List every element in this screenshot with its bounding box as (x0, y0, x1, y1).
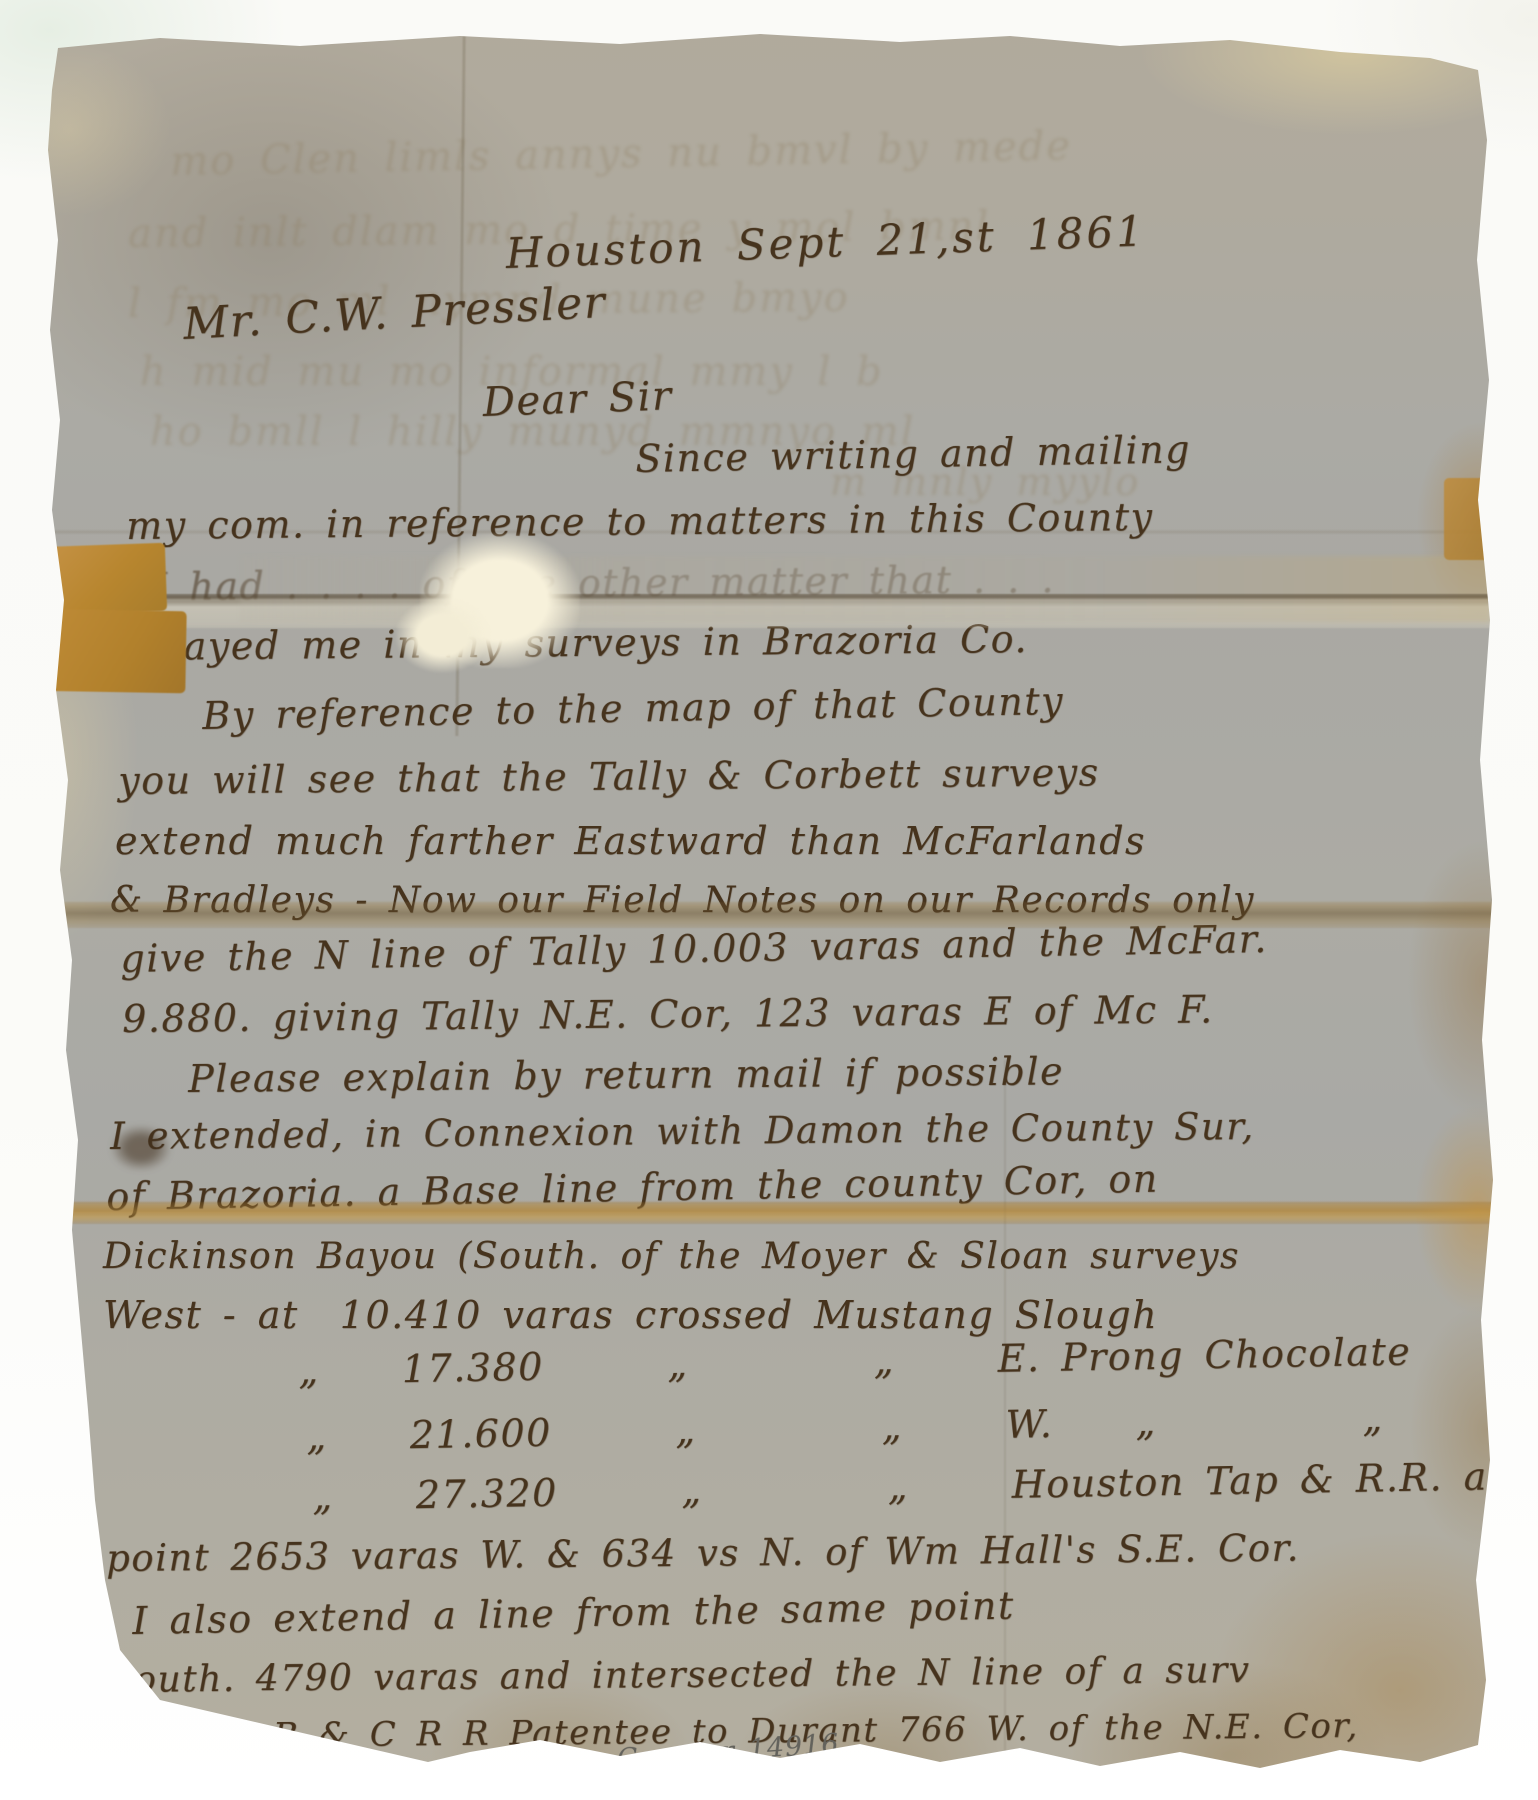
letter-line: South. 4790 varas and intersected the N … (108, 1650, 1251, 1701)
letter-line: of Brazoria. a Base line from the county… (106, 1158, 1159, 1220)
letter-line: „ 27.320 „ „ Houston Tap & R.R. at a (312, 1454, 1538, 1519)
letter-line: Please explain by return mail if possibl… (188, 1050, 1064, 1101)
letter-line: for B B B & C R R Patentee to Durant 766… (108, 1707, 1359, 1757)
salutation-line: Dear Sir (482, 373, 673, 426)
letter-line: point 2653 varas W. & 634 vs N. of Wm Ha… (106, 1528, 1300, 1581)
tape-left-upper (35, 543, 167, 615)
tape-right (1444, 478, 1494, 560)
letter-line: you will see that the Tally & Corbett su… (118, 751, 1100, 803)
letter-paper: mo Clen limls annys nu bmvl by medeand i… (0, 0, 1538, 1800)
letter-line: extend much farther Eastward than McFarl… (115, 820, 1146, 864)
letter-line: & Bradleys - Now our Field Notes on our … (110, 880, 1255, 921)
tape-left-lower (33, 609, 186, 694)
show-through-line: mo Clen limls annys nu bmvl by mede (170, 124, 1072, 184)
ink-blot (112, 1126, 170, 1170)
letter-line: I extended, in Connexion with Damon the … (110, 1106, 1255, 1159)
letter-line: my com. in reference to matters in this … (126, 496, 1154, 549)
letter-line: I also extend a line from the same point (132, 1585, 1015, 1644)
torn-spot-arm (395, 598, 490, 673)
letter-line: 9.880. giving Tally N.E. Cor, 123 varas … (122, 988, 1214, 1041)
letter-line: I had . . . . of one other matter that .… (152, 558, 1055, 610)
letter-line: „ 17.380 „ „ E. Prong Chocolate (298, 1331, 1412, 1394)
scan-stage: mo Clen limls annys nu bmvl by medeand i… (0, 0, 1538, 1800)
letter-line: „ 21.600 „ „ W. „ „ (306, 1397, 1384, 1459)
letter-line: West - at 10.410 varas crossed Mustang S… (103, 1294, 1158, 1338)
letter-line: give the N line of Tally 10.003 varas an… (120, 918, 1268, 982)
letter-line: Dickinson Bayou (South. of the Moyer & S… (103, 1236, 1240, 1277)
letter-line: By reference to the map of that County (202, 680, 1064, 739)
